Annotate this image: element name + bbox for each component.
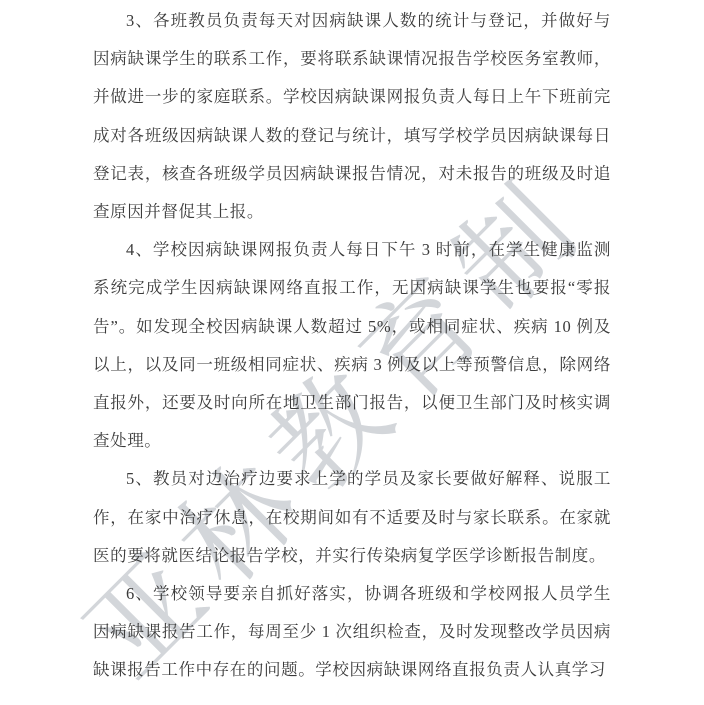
paragraph-6: 6、学校领导要亲自抓好落实，协调各班级和学校网报人员学生因病缺课报告工作，每周至…: [93, 575, 611, 690]
document-page: 亚林教育制 3、各班教员负责每天对因病缺课人数的统计与登记，并做好与因病缺课学生…: [0, 0, 704, 705]
paragraph-5: 5、教员对边治疗边要求上学的学员及家长要做好解释、说服工作，在家中治疗休息，在校…: [93, 460, 611, 575]
paragraph-4: 4、学校因病缺课网报负责人每日下午 3 时前，在学生健康监测系统完成学生因病缺课…: [93, 231, 611, 460]
paragraph-3: 3、各班教员负责每天对因病缺课人数的统计与登记，并做好与因病缺课学生的联系工作，…: [93, 2, 611, 231]
document-content: 3、各班教员负责每天对因病缺课人数的统计与登记，并做好与因病缺课学生的联系工作，…: [93, 2, 611, 690]
